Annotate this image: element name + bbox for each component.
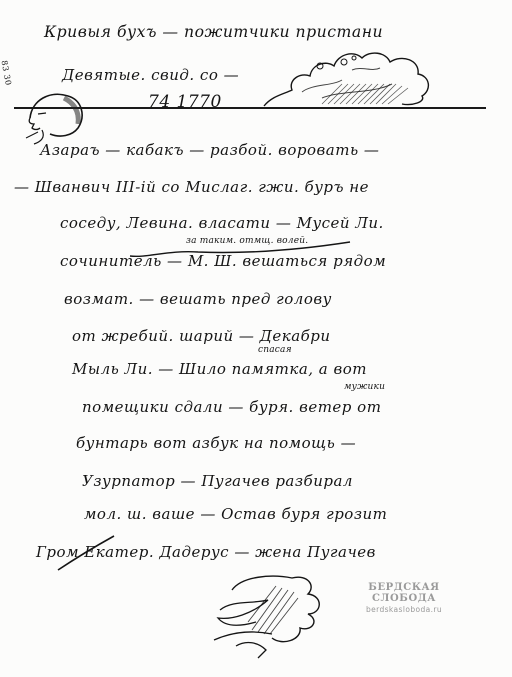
interlinear-note-2: спасая — [258, 345, 292, 355]
manuscript-line-5: сочинитель — М. Ш. вешаться рядом — [60, 252, 386, 270]
manuscript-line-3: — Шванвич III-ій со Мислаг. гжи. буръ не — [14, 178, 369, 196]
date-number: 74 1770 — [148, 92, 222, 112]
manuscript-line-6: возмат. — вешать пред голову — [64, 290, 332, 308]
manuscript-line-4: соседу, Левина. власати — Мусей Ли. — [60, 214, 384, 232]
manuscript-line-10: бунтарь вот азбук на помощь — — [76, 434, 356, 452]
watermark-url: berdskasloboda.ru — [344, 605, 464, 614]
watermark: БЕРДСКАЯ СЛОБОДА berdskasloboda.ru — [344, 582, 464, 614]
watermark-title: БЕРДСКАЯ СЛОБОДА — [344, 582, 464, 604]
manuscript-line-9: помещики сдали — буря. ветер от — [82, 398, 381, 416]
manuscript-line-2: Азараъ — кабакъ — разбой. воровать — — [40, 141, 379, 159]
manuscript-page: 83 30 Кривыя бухъ — пожитчики пристани Д… — [0, 0, 512, 677]
header-line: Кривыя бухъ — пожитчики пристани — [44, 22, 383, 41]
cloud-sketch-icon — [262, 44, 442, 110]
interlinear-note-3: мужики — [344, 382, 385, 392]
signature-scribble-icon — [212, 570, 332, 660]
manuscript-line-11: Узурпатор — Пугачев разбирал — [82, 472, 353, 490]
portrait-sketch-icon — [20, 78, 90, 148]
slash-stroke — [56, 534, 116, 574]
margin-note: 83 30 — [0, 60, 13, 87]
manuscript-line-7: от жребий. шарий — Декабри — [72, 327, 331, 345]
manuscript-line-12: мол. ш. ваше — Остав буря грозит — [84, 505, 387, 523]
manuscript-line-8: Мыль Ли. — Шило памятка, а вот — [72, 360, 367, 378]
